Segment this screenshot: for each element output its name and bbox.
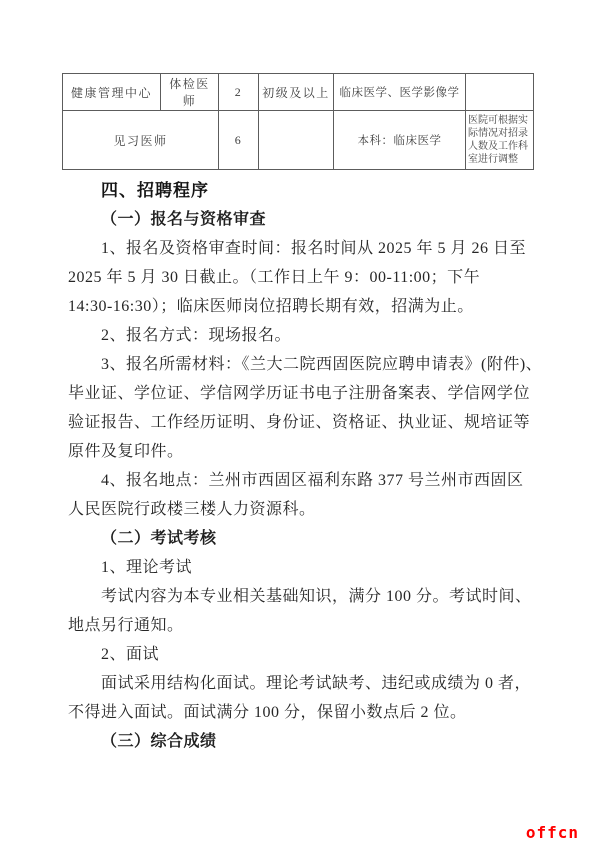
paragraph-line: 人民医院行政楼三楼人力资源科。 — [68, 495, 536, 524]
offcn-logo: offcn — [526, 823, 579, 842]
paragraph-line: 地点另行通知。 — [68, 611, 536, 640]
document-page: 健康管理中心 体检医师 2 初级及以上 临床医学、医学影像学 见习医师 6 本科… — [0, 0, 600, 848]
table-cell-position: 体检医师 — [161, 74, 219, 111]
positions-table: 健康管理中心 体检医师 2 初级及以上 临床医学、医学影像学 见习医师 6 本科… — [62, 73, 534, 170]
subsection-heading: （三）综合成绩 — [68, 727, 536, 756]
table-cell-title-level: 初级及以上 — [259, 74, 334, 111]
subsection-heading: （二）考试考核 — [68, 524, 536, 553]
paragraph-line: 1、报名及资格审查时间：报名时间从 2025 年 5 月 26 日至 — [68, 234, 536, 263]
paragraph-line: 4、报名地点：兰州市西固区福利东路 377 号兰州市西固区 — [68, 466, 536, 495]
table-cell-count: 6 — [219, 111, 259, 170]
paragraph-line: 原件及复印件。 — [68, 437, 536, 466]
paragraph-line: 3、报名所需材料：《兰大二院西固医院应聘申请表》(附件)、 — [68, 350, 536, 379]
table-cell-remark: 医院可根据实际情况对招录人数及工作科室进行调整 — [466, 111, 534, 170]
table-row: 健康管理中心 体检医师 2 初级及以上 临床医学、医学影像学 — [63, 74, 534, 111]
paragraph-line: 不得进入面试。面试满分 100 分，保留小数点后 2 位。 — [68, 698, 536, 727]
subsection-heading: （一）报名与资格审查 — [68, 205, 536, 234]
table-cell-position: 见习医师 — [63, 111, 219, 170]
paragraph-line: 2、报名方式：现场报名。 — [68, 321, 536, 350]
document-body: 四、招聘程序 （一）报名与资格审查 1、报名及资格审查时间：报名时间从 2025… — [68, 176, 536, 756]
section-heading: 四、招聘程序 — [68, 176, 536, 205]
paragraph-line: 考试内容为本专业相关基础知识，满分 100 分。考试时间、 — [68, 582, 536, 611]
table-cell-remark — [466, 74, 534, 111]
table-cell-title-level — [259, 111, 334, 170]
paragraph-line: 2、面试 — [68, 640, 536, 669]
table-cell-major: 本科：临床医学 — [334, 111, 466, 170]
table-row: 见习医师 6 本科：临床医学 医院可根据实际情况对招录人数及工作科室进行调整 — [63, 111, 534, 170]
table-cell-department: 健康管理中心 — [63, 74, 161, 111]
paragraph-line: 1、理论考试 — [68, 553, 536, 582]
paragraph-line: 14:30-16:30）；临床医师岗位招聘长期有效，招满为止。 — [68, 292, 536, 321]
paragraph-line: 2025 年 5 月 30 日截止。（工作日上午 9：00-11:00；下午 — [68, 263, 536, 292]
paragraph-line: 毕业证、学位证、学信网学历证书电子注册备案表、学信网学位 — [68, 379, 536, 408]
table-cell-major: 临床医学、医学影像学 — [334, 74, 466, 111]
paragraph-line: 验证报告、工作经历证明、身份证、资格证、执业证、规培证等 — [68, 408, 536, 437]
table-cell-count: 2 — [219, 74, 259, 111]
paragraph-line: 面试采用结构化面试。理论考试缺考、违纪或成绩为 0 者， — [68, 669, 536, 698]
